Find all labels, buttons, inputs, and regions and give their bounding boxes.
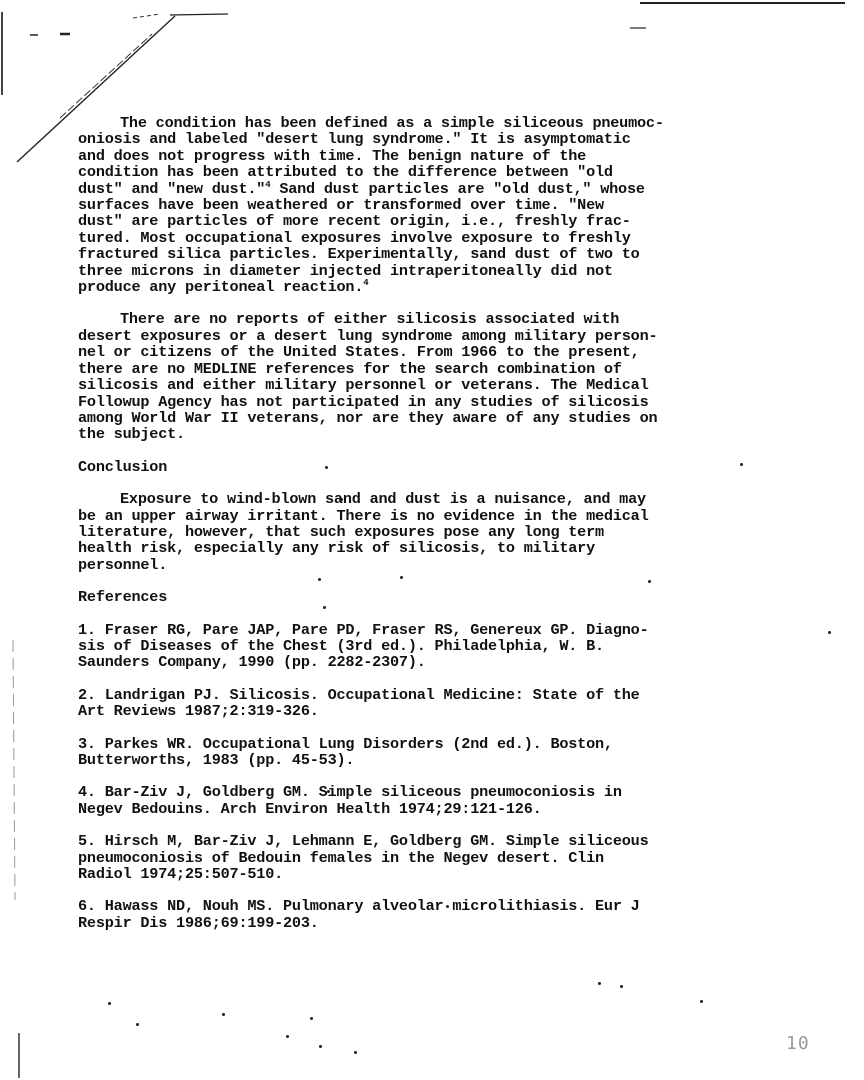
reference-item-6: 6. Hawass ND, Nouh MS. Pulmonary alveola… [78,898,758,931]
reference-item-1: 1. Fraser RG, Pare JAP, Pare PD, Fraser … [78,622,758,671]
document-body: The condition has been defined as a simp… [78,115,758,947]
reference-item-5: 5. Hirsch M, Bar-Ziv J, Lehmann E, Goldb… [78,833,758,882]
scan-speck [828,631,831,634]
scan-speck [700,1000,703,1003]
scan-speck [620,985,623,988]
references-heading: References [78,589,758,605]
conclusion-heading: Conclusion [78,459,758,475]
reference-item-4: 4. Bar-Ziv J, Goldberg GM. Simple silice… [78,784,758,817]
paragraph-no-reports: There are no reports of either silicosis… [78,311,758,442]
scan-speck [108,1002,111,1005]
scan-speck [598,982,601,985]
reference-item-2: 2. Landrigan PJ. Silicosis. Occupational… [78,687,758,720]
scan-speck [136,1023,139,1026]
scanned-document-page: The condition has been defined as a simp… [0,0,864,1080]
paragraph-text: Sand dust particles are "old dust," whos… [78,180,645,296]
scan-speck [319,1045,322,1048]
page-number: 10 [786,1033,810,1054]
footnote-marker: 4 [363,278,368,288]
scan-speck [222,1013,225,1016]
scan-speck [354,1051,357,1054]
scan-speck [286,1035,289,1038]
paragraph-desert-lung-syndrome: The condition has been defined as a simp… [78,115,758,295]
scan-speck [310,1017,313,1020]
conclusion-paragraph: Exposure to wind-blown sand and dust is … [78,491,758,573]
reference-item-3: 3. Parkes WR. Occupational Lung Disorder… [78,736,758,769]
